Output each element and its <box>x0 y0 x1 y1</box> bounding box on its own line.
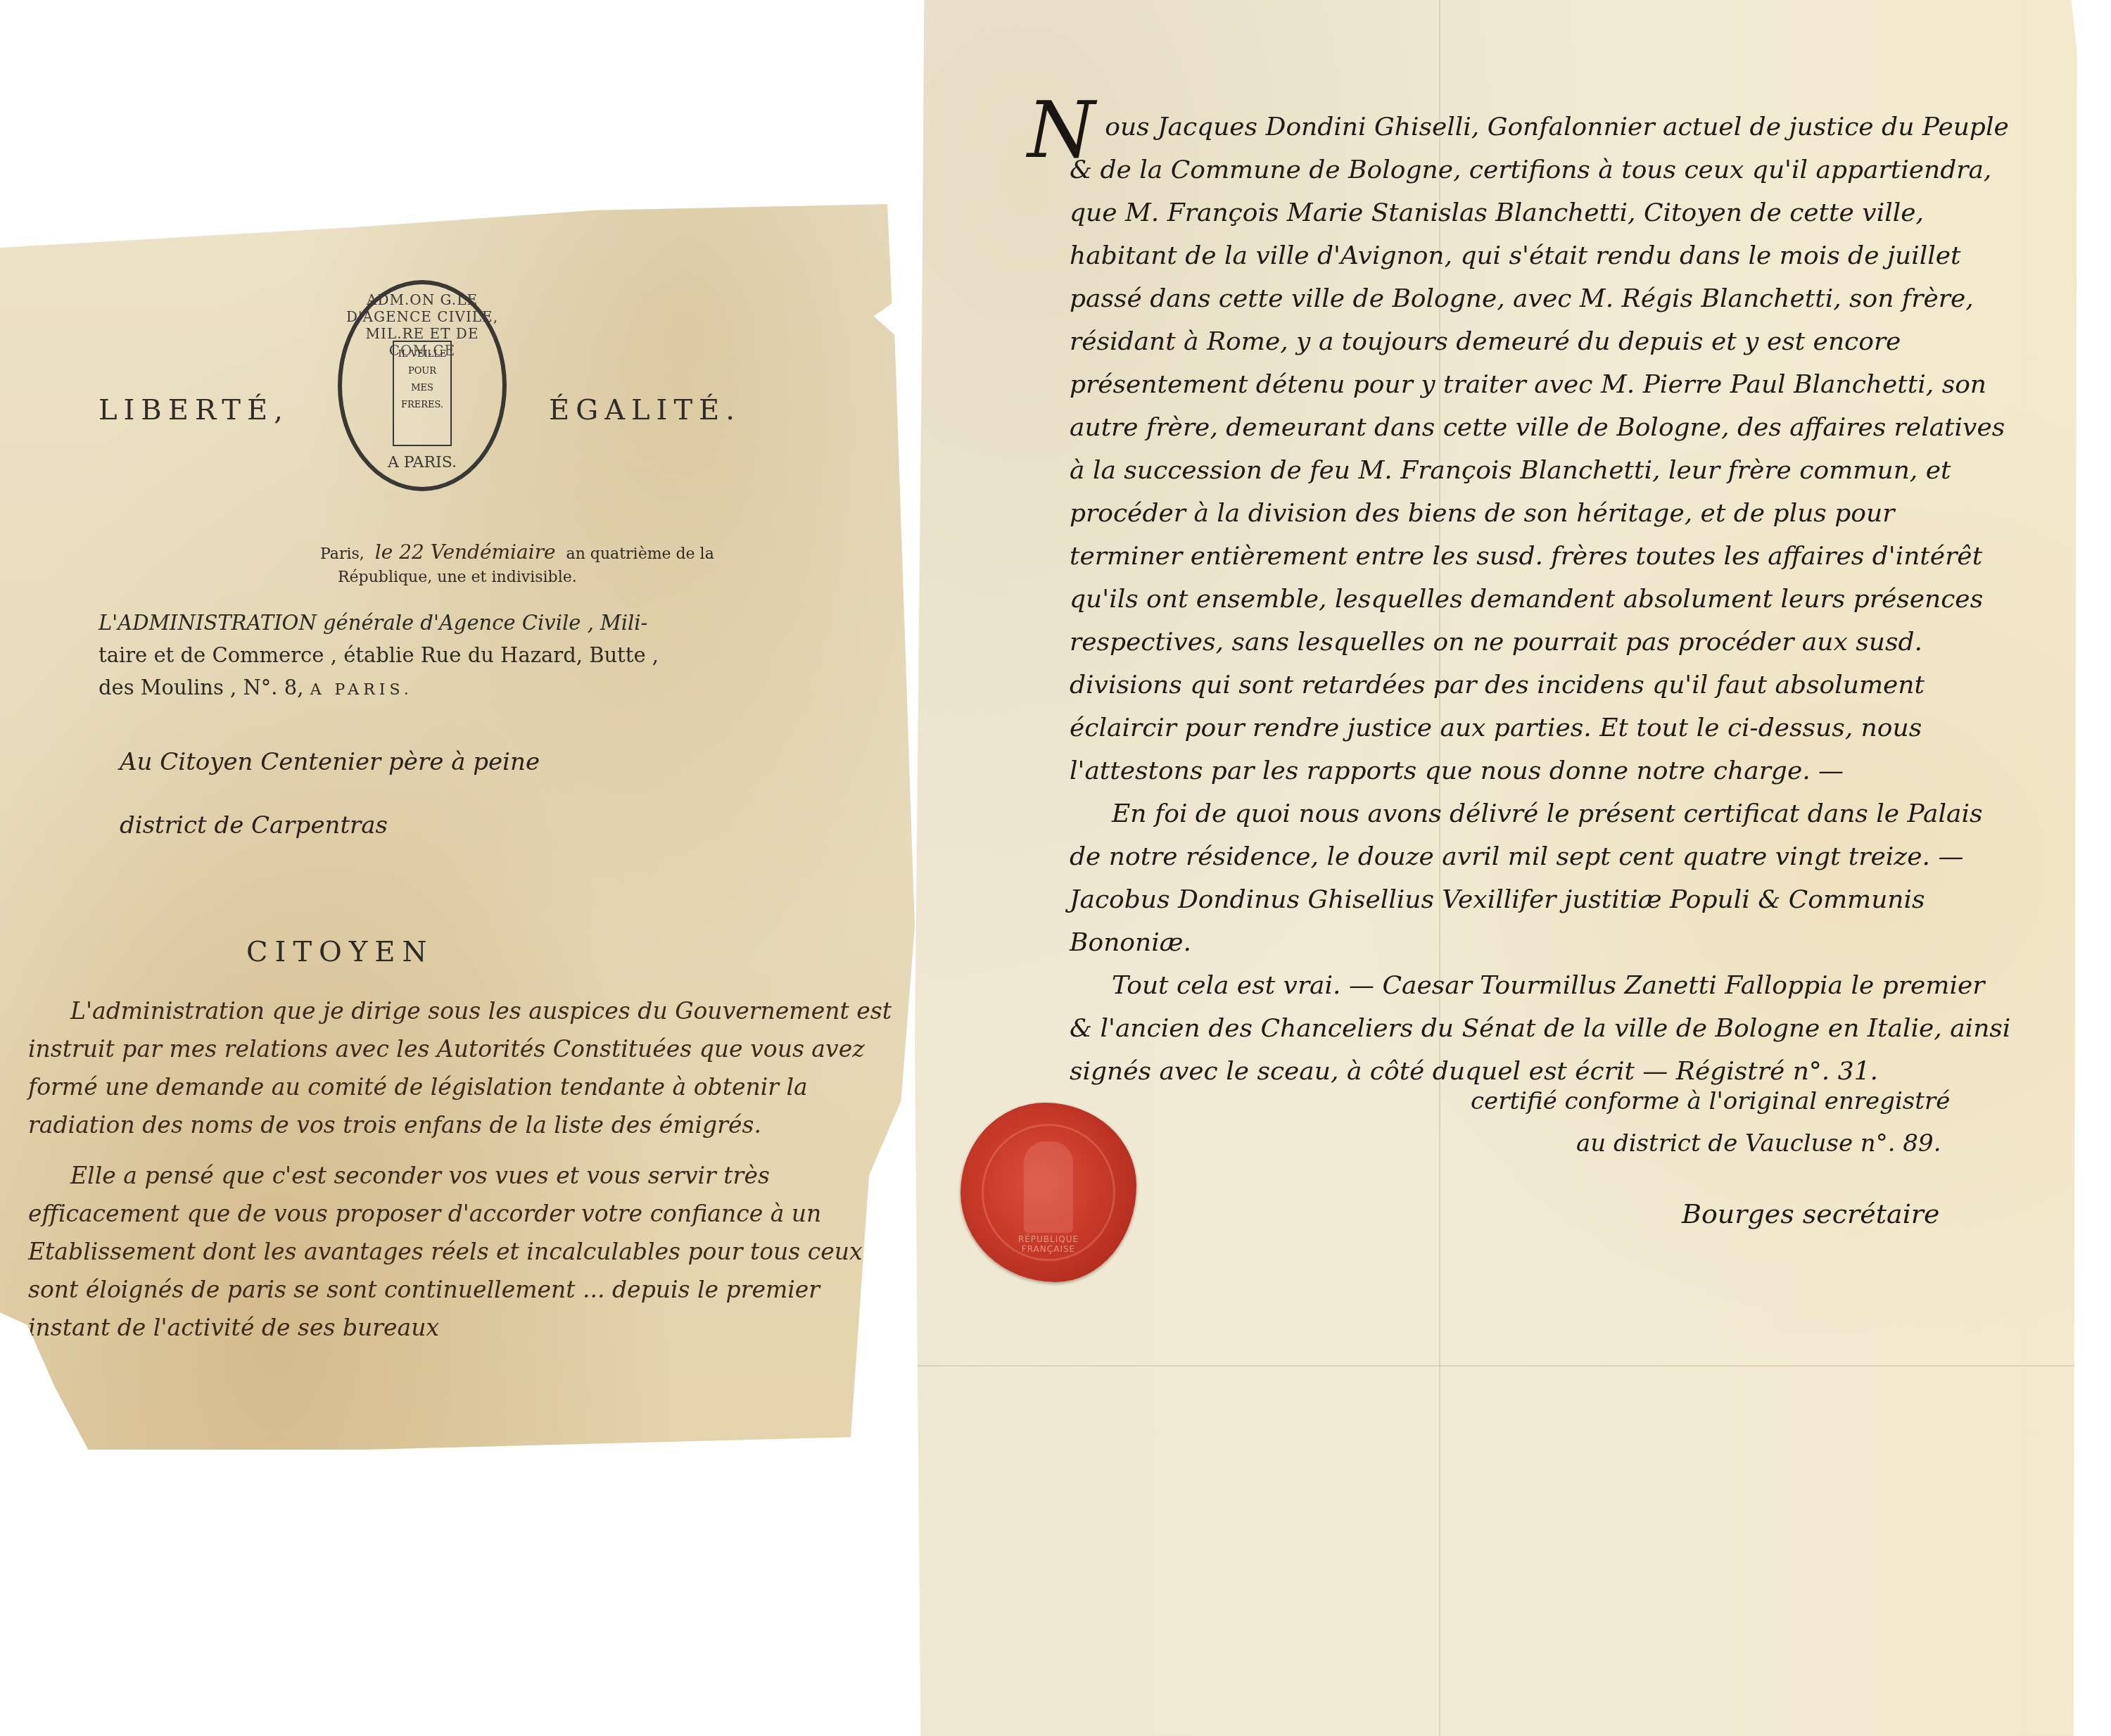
seal-legend-line: FRANÇAISE <box>961 1244 1136 1254</box>
republique-line: République, une et indivisible. <box>338 569 577 586</box>
stamp-tablet-line: FRERES. <box>394 397 450 414</box>
certificate-body: Nous Jacques Dondini Ghiselli, Gonfalonn… <box>1070 106 2012 1093</box>
left-document: LIBERTÉ, ADM.ON G.LE D'AGENCE CIVILE, MI… <box>0 204 915 1450</box>
admin-line3: des Moulins , N°. 8, <box>99 676 303 699</box>
administration-header: L'ADMINISTRATION générale d'Agence Civil… <box>99 607 802 707</box>
date-prefix: Paris, <box>320 545 364 563</box>
date-suffix: an quatrième de la <box>566 545 714 563</box>
seal-legend-line: RÉPUBLIQUE <box>961 1234 1136 1244</box>
letter-paragraph: Elle a pensé que c'est seconder vos vues… <box>28 1157 908 1347</box>
admin-paris: A PARIS. <box>310 681 413 699</box>
admin-line1: générale d'Agence Civile , Mili- <box>323 611 647 635</box>
addressee-line1: Au Citoyen Centenier père à peine <box>120 730 823 794</box>
endorsement-line1: certifié conforme à l'original enregistr… <box>1471 1080 2034 1122</box>
right-document: Nous Jacques Dondini Ghiselli, Gonfalonn… <box>915 0 2083 1736</box>
motto-liberte: LIBERTÉ, <box>99 394 289 426</box>
admin-caps: L'ADMINISTRATION <box>99 611 317 635</box>
dropcap: N <box>1027 113 1095 148</box>
addressee: Au Citoyen Centenier père à peine distri… <box>120 730 823 857</box>
motto-egalite: ÉGALITÉ. <box>549 394 741 426</box>
certificate-text: ous Jacques Dondini Ghiselli, Gonfalonni… <box>1070 113 2009 785</box>
certificate-paragraph: Tout cela est vrai. — Caesar Tourmillus … <box>1070 964 2012 1093</box>
fold-line <box>915 1365 2083 1367</box>
endorsement-line2: au district de Vaucluse n°. 89. <box>1471 1122 2034 1165</box>
certificate-paragraph: Nous Jacques Dondini Ghiselli, Gonfalonn… <box>1070 106 2012 792</box>
date-line: Paris, le 22 Vendémiaire an quatrième de… <box>320 540 714 564</box>
admin-line2: taire et de Commerce , établie Rue du Ha… <box>99 639 802 671</box>
seal-legend: RÉPUBLIQUE FRANÇAISE <box>961 1234 1136 1254</box>
stamp-tablet-line: MES <box>394 380 450 397</box>
letter-body: L'administration que je dirige sous les … <box>28 992 908 1360</box>
administration-stamp-icon: ADM.ON G.LE D'AGENCE CIVILE, MIL.RE ET D… <box>338 280 507 491</box>
addressee-line2: district de Carpentras <box>120 794 823 857</box>
signature: Bourges secrétaire <box>1471 1193 2034 1235</box>
letter-paragraph: L'administration que je dirige sous les … <box>28 992 908 1144</box>
salutation: CITOYEN <box>246 936 433 968</box>
certificate-paragraph: En foi de quoi nous avons délivré le pré… <box>1070 792 2012 964</box>
seal-figure <box>1024 1141 1073 1233</box>
endorsement: certifié conforme à l'original enregistr… <box>1471 1080 2034 1235</box>
stamp-tablet-line: POUR <box>394 363 450 380</box>
stamp-tablet-line: IL VEILLE <box>394 346 450 363</box>
stamp-tablet: IL VEILLE POUR MES FRERES. <box>393 341 452 446</box>
date-handwritten: le 22 Vendémiaire <box>375 540 556 564</box>
stamp-bottom-text: A PARIS. <box>342 454 502 471</box>
